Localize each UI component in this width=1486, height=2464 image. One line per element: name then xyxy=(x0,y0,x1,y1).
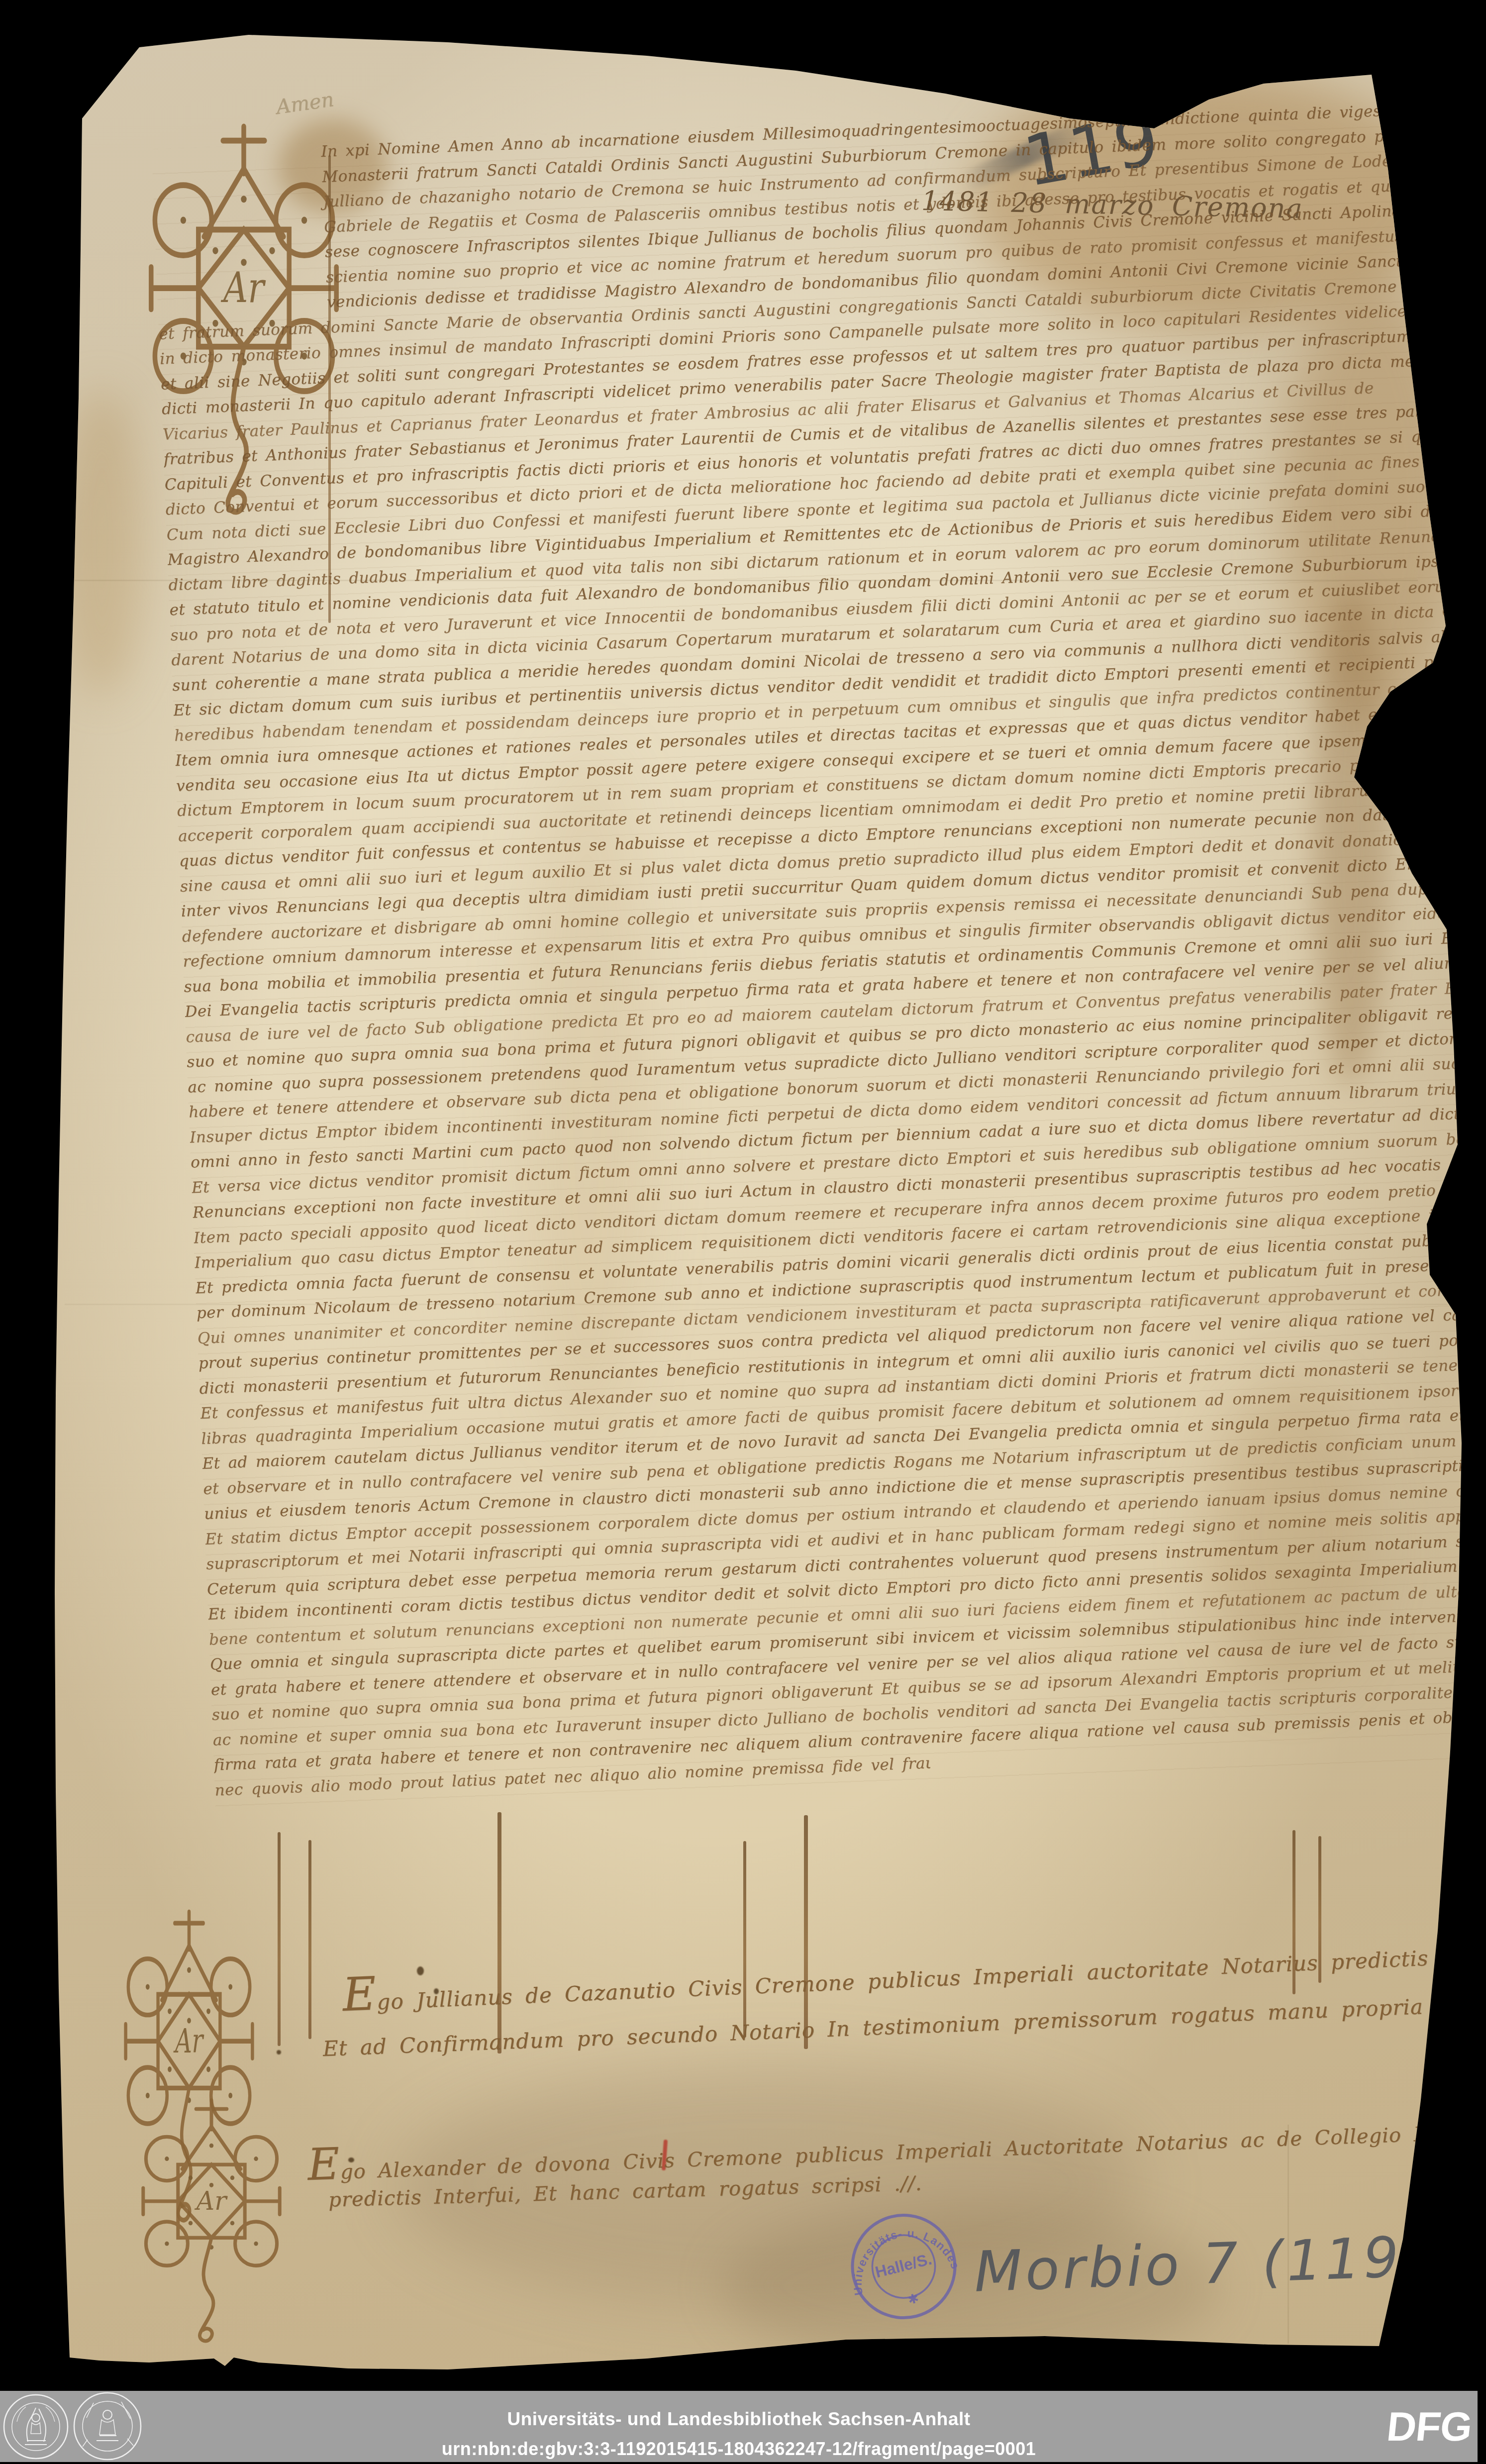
flourish-stroke xyxy=(278,1832,281,2046)
urn-text: urn:nbn:de:gbv:3:3-1192015415-1804362247… xyxy=(0,2439,1478,2460)
flourish-stroke xyxy=(308,1840,311,2039)
dfg-logo: DFG xyxy=(1385,2404,1474,2451)
ink-speck xyxy=(417,1966,424,1975)
flourish-stroke xyxy=(804,1815,808,2049)
institution-name: Universitäts- und Landesbibliothek Sachs… xyxy=(0,2409,1478,2430)
notary-signum-alexander-icon xyxy=(142,2097,281,2346)
stamp-place-text: Halle/S. xyxy=(874,2250,934,2281)
body-text-block: In xpi Nomine Amen Anno ab incarnatione … xyxy=(152,100,1486,1812)
footer-bar: Universitäts- und Landesbibliothek Sachs… xyxy=(0,2391,1478,2462)
flourish-stroke xyxy=(743,1841,746,2038)
ink-speck xyxy=(277,2050,281,2054)
page-background: 119 1481 28 marzo Cremona Amen In xp xyxy=(0,0,1486,2464)
charter-parchment: 119 1481 28 marzo Cremona Amen In xp xyxy=(0,0,1486,2464)
flourish-stroke xyxy=(497,1812,501,2053)
